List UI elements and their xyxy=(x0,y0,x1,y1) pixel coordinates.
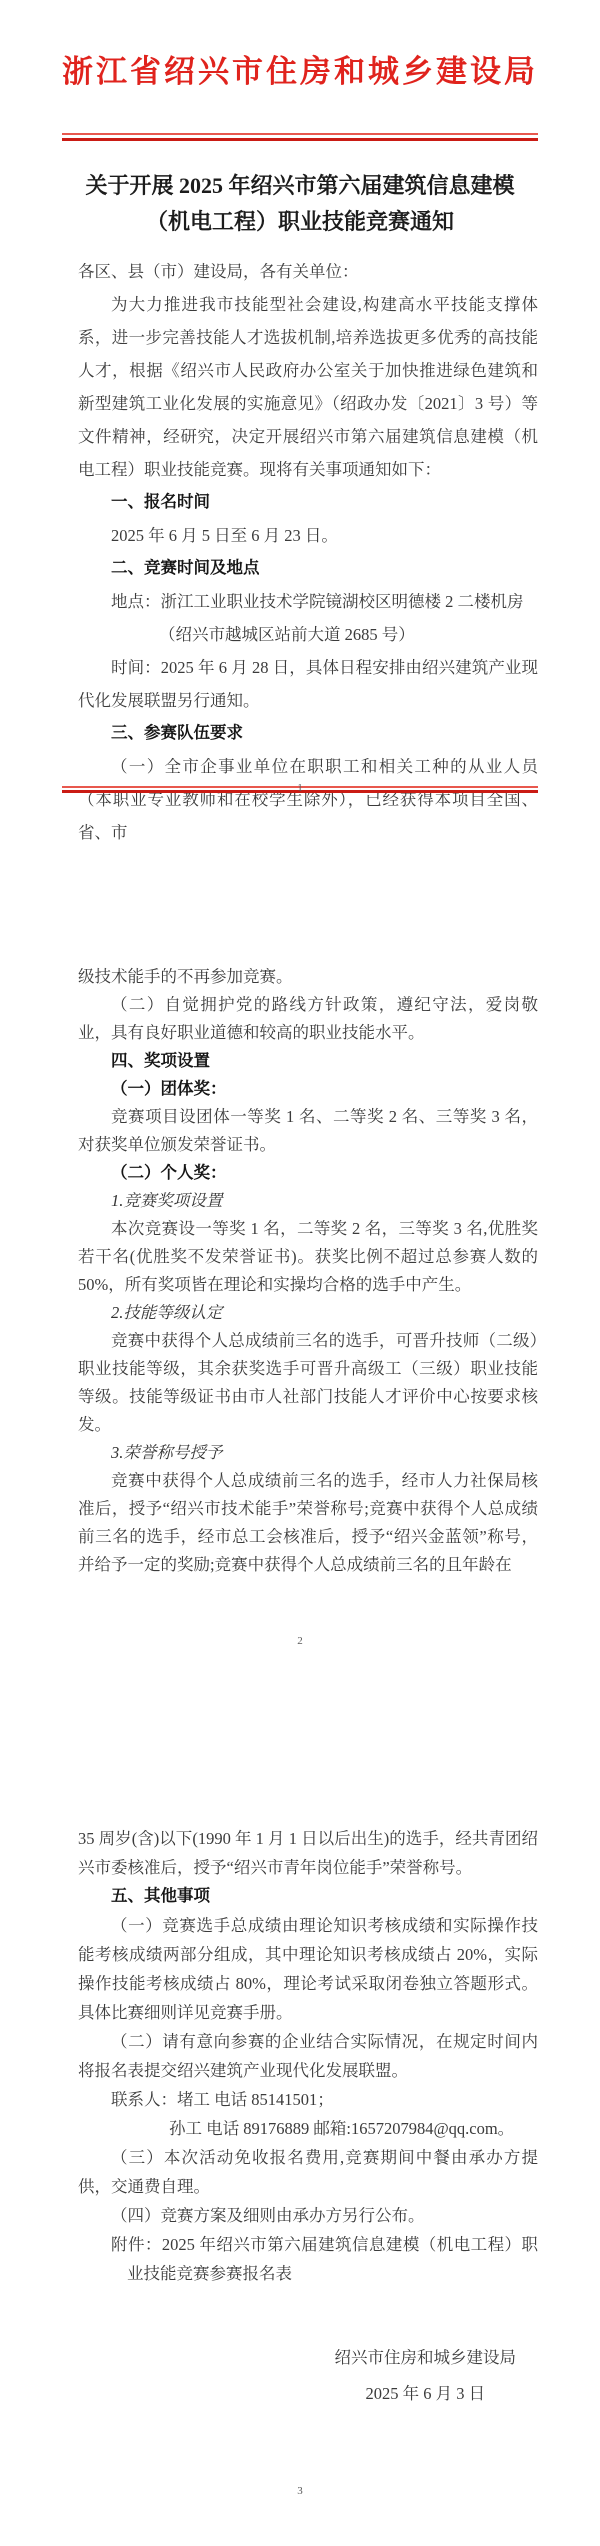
letterhead-rule-thick-line xyxy=(62,138,538,141)
individual-award-heading: （二）个人奖： xyxy=(78,1159,538,1187)
page3-body: 35 周岁(含)以下(1990 年 1 月 1 日以后出生)的选手，经共青团绍兴… xyxy=(78,1824,538,2288)
section3-heading: 三、参赛队伍要求 xyxy=(78,717,538,750)
attachment-line: 附件：2025 年绍兴市第六届建筑信息建模（机电工程）职业技能竞赛参赛报名表 xyxy=(78,2230,538,2288)
attachment-text: 2025 年绍兴市第六届建筑信息建模（机电工程）职业技能竞赛参赛报名表 xyxy=(127,2235,538,2283)
skill-level-subheading: 2.技能等级认定 xyxy=(78,1299,538,1327)
section2-heading: 二、竞赛时间及地点 xyxy=(78,552,538,585)
location-line2: （绍兴市越城区站前大道 2685 号） xyxy=(78,618,538,651)
group-award-text: 竞赛项目设团体一等奖 1 名、二等奖 2 名、三等奖 3 名，对获奖单位颁发荣誉… xyxy=(78,1103,538,1159)
official-notice-document: 浙江省绍兴市住房和城乡建设局 关于开展 2025 年绍兴市第六届建筑信息建模 （… xyxy=(0,0,600,2546)
location-line1: 地点：浙江工业职业技术学院镜湖校区明德楼 2 二楼机房 xyxy=(78,585,538,618)
letterhead-org-name: 浙江省绍兴市住房和城乡建设局 xyxy=(0,52,600,92)
intro-paragraph: 为大力推进我市技能型社会建设,构建高水平技能支撑体系，进一步完善技能人才选拔机制… xyxy=(78,288,538,486)
page2-body: 级技术能手的不再参加竞赛。 （二）自觉拥护党的路线方针政策，遵纪守法，爱岗敬业，… xyxy=(78,963,538,1579)
contact-line-1: 联系人：堵工 电话 85141501； xyxy=(78,2085,538,2114)
honor-title-text: 竞赛中获得个人总成绩前三名的选手，经市人力社保局核准后，授予“绍兴市技术能手”荣… xyxy=(78,1467,538,1579)
letterhead-red-rule xyxy=(62,133,538,141)
contact-line-2: 孙工 电话 89176889 邮箱:1657207984@qq.com。 xyxy=(78,2114,538,2143)
attachment-label: 附件： xyxy=(111,2235,162,2254)
team-requirement-2: （二）自觉拥护党的路线方针政策，遵纪守法，爱岗敬业，具有良好职业道德和较高的职业… xyxy=(78,991,538,1047)
signature-date: 2025 年 6 月 3 日 xyxy=(335,2376,517,2412)
skill-level-text: 竞赛中获得个人总成绩前三名的选手，可晋升技师（二级）职业技能等级，其余获奖选手可… xyxy=(78,1327,538,1439)
page3-number: 3 xyxy=(0,2484,600,2498)
section5-heading: 五、其他事项 xyxy=(78,1882,538,1911)
honor-title-text-continued: 35 周岁(含)以下(1990 年 1 月 1 日以后出生)的选手，经共青团绍兴… xyxy=(78,1824,538,1882)
signer-org: 绍兴市住房和城乡建设局 xyxy=(335,2340,517,2376)
other-item-4: （四）竞赛方案及细则由承办方另行公布。 xyxy=(78,2201,538,2230)
signature-block: 绍兴市住房和城乡建设局 2025 年 6 月 3 日 xyxy=(335,2340,517,2412)
award-setup-text: 本次竞赛设一等奖 1 名，二等奖 2 名，三等奖 3 名,优胜奖若干名(优胜奖不… xyxy=(78,1215,538,1299)
group-award-heading: （一）团体奖： xyxy=(78,1075,538,1103)
page1-number: 1 xyxy=(0,781,600,795)
signup-time: 2025 年 6 月 5 日至 6 月 23 日。 xyxy=(78,519,538,552)
page2-number: 2 xyxy=(0,1634,600,1648)
salutation: 各区、县（市）建设局，各有关单位： xyxy=(78,255,538,288)
document-title-line1: 关于开展 2025 年绍兴市第六届建筑信息建模 xyxy=(30,168,570,204)
time-paragraph: 时间：2025 年 6 月 28 日，具体日程安排由绍兴建筑产业现代化发展联盟另… xyxy=(78,651,538,717)
honor-title-subheading: 3.荣誉称号授予 xyxy=(78,1439,538,1467)
section4-heading: 四、奖项设置 xyxy=(78,1047,538,1075)
other-item-3: （三）本次活动免收报名费用,竞赛期间中餐由承办方提供，交通费自理。 xyxy=(78,2143,538,2201)
section1-heading: 一、报名时间 xyxy=(78,486,538,519)
award-setup-subheading: 1.竞赛奖项设置 xyxy=(78,1187,538,1215)
team-requirement-1-continued: 级技术能手的不再参加竞赛。 xyxy=(78,963,538,991)
team-requirement-1: （一）全市企事业单位在职职工和相关工种的从业人员（本职业专业教师和在校学生除外）… xyxy=(78,750,538,849)
document-title-line2: （机电工程）职业技能竞赛通知 xyxy=(30,204,570,240)
document-title: 关于开展 2025 年绍兴市第六届建筑信息建模 （机电工程）职业技能竞赛通知 xyxy=(30,168,570,240)
other-item-1: （一）竞赛选手总成绩由理论知识考核成绩和实际操作技能考核成绩两部分组成，其中理论… xyxy=(78,1911,538,2027)
page1-body: 各区、县（市）建设局，各有关单位： 为大力推进我市技能型社会建设,构建高水平技能… xyxy=(78,255,538,849)
other-item-2: （二）请有意向参赛的企业结合实际情况，在规定时间内将报名表提交绍兴建筑产业现代化… xyxy=(78,2027,538,2085)
